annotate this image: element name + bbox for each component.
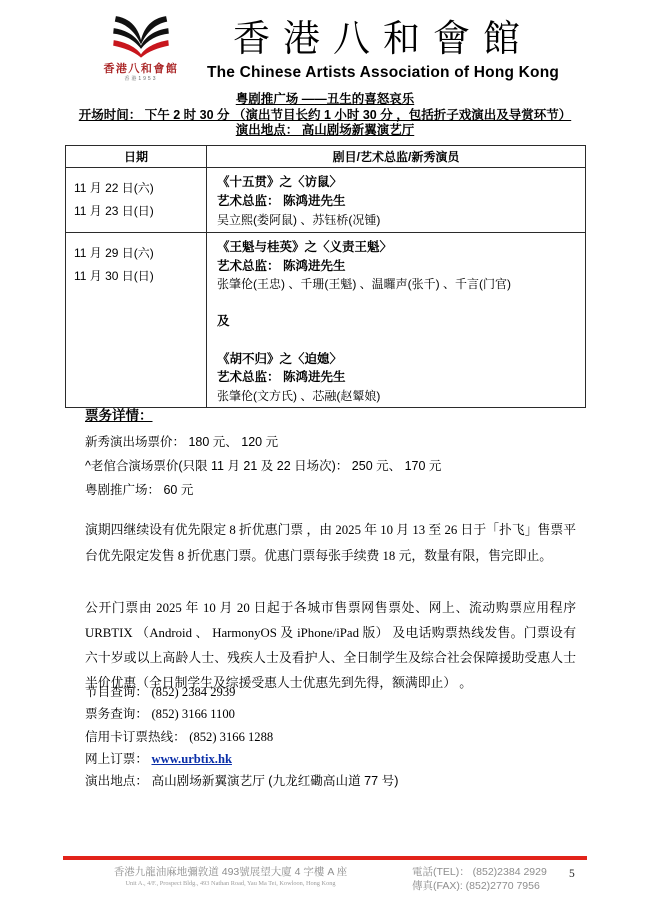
program-enquiry-number: (852) 2384 2939	[151, 685, 235, 699]
ticketing-heading: 票务详情：	[85, 407, 576, 425]
event-time: 开场时间： 下午 2 时 30 分 （演出节目长约 1 小时 30 分 ，包括折…	[0, 108, 650, 123]
program-cell: 《王魁与桂英》之〈义责王魁〉 艺术总监： 陈鸿进先生 张肇伦(王忠) 、千珊(王…	[207, 233, 586, 408]
performers: 吴立熙(娄阿鼠) 、苏钰桥(况锺)	[217, 211, 577, 230]
art-director: 艺术总监： 陈鸿进先生	[217, 257, 577, 276]
footer-address: 香港九龍油麻地彌敦道 493號展望大廈 4 字樓 A 座 Unit A., 4/…	[63, 865, 398, 889]
title-block: 香港八和會館 The Chinese Artists Association o…	[207, 14, 559, 82]
discount-paragraph: 演期四继续设有优先限定 8 折优惠门票 ，由 2025 年 10 月 13 至 …	[85, 518, 576, 569]
footer-phones: 電話(TEL)： (852)2384 2929 傳真(FAX): (852)27…	[412, 865, 547, 893]
program-enquiry-label: 节目查询：	[85, 685, 148, 699]
price-line: 新秀演出场票价： 180 元、 120 元	[85, 430, 576, 454]
date-line: 11 月 23 日(日)	[74, 200, 198, 223]
association-logo-icon	[108, 14, 174, 62]
footer-address-chinese: 香港九龍油麻地彌敦道 493號展望大廈 4 字樓 A 座	[63, 865, 398, 879]
footer-fax: 傳真(FAX): (852)2770 7956	[412, 879, 547, 893]
footer-tel: 電話(TEL)： (852)2384 2929	[412, 865, 547, 879]
credit-card-number: (852) 3166 1288	[189, 730, 273, 744]
and-label: 及	[217, 312, 577, 331]
column-header-program: 剧目/艺术总监/新秀演员	[207, 146, 586, 168]
credit-card-label: 信用卡订票热线：	[85, 730, 186, 744]
date-line: 11 月 22 日(六)	[74, 177, 198, 200]
online-booking-label: 网上订票：	[85, 752, 148, 766]
price-line: 粤剧推广场： 60 元	[85, 478, 576, 502]
logo-label: 香港八和會館	[91, 63, 191, 76]
credit-card-line: 信用卡订票热线： (852) 3166 1288	[85, 726, 398, 748]
program-cell: 《十五贯》之〈访鼠〉 艺术总监： 陈鸿进先生 吴立熙(娄阿鼠) 、苏钰桥(况锺)	[207, 168, 586, 233]
performers: 张肇伦(王忠) 、千珊(王魁) 、温曪声(张千) 、千言(门官)	[217, 275, 577, 294]
logo-tagline: 香港1953	[91, 76, 191, 82]
document-page: 香港八和會館 香港1953 香港八和會館 The Chinese Artists…	[0, 0, 650, 919]
event-venue: 演出地点： 高山剧场新翼演艺厅	[0, 123, 650, 138]
venue-label: 演出地点：	[85, 774, 148, 788]
table-row: 11 月 22 日(六) 11 月 23 日(日) 《十五贯》之〈访鼠〉 艺术总…	[66, 168, 586, 233]
venue-value: 高山剧场新翼演艺厅 (九龙红磡高山道 77 号)	[151, 774, 398, 788]
price-line: ^老倌合演场票价(只限 11 月 21 及 22 日场次)： 250 元、 17…	[85, 454, 576, 478]
association-logo: 香港八和會館 香港1953	[91, 14, 191, 82]
venue-line: 演出地点： 高山剧场新翼演艺厅 (九龙红磡高山道 77 号)	[85, 770, 398, 792]
ticket-enquiry-line: 票务查询： (852) 3166 1100	[85, 703, 398, 725]
table-row: 11 月 29 日(六) 11 月 30 日(日) 《王魁与桂英》之〈义责王魁〉…	[66, 233, 586, 408]
spacer-line	[217, 331, 577, 350]
header: 香港八和會館 香港1953 香港八和會館 The Chinese Artists…	[0, 14, 650, 82]
footer-address-english: Unit A., 4/F., Prospect Bldg., 493 Natha…	[63, 879, 398, 889]
date-cell: 11 月 29 日(六) 11 月 30 日(日)	[66, 233, 207, 408]
program-enquiry-line: 节目查询： (852) 2384 2939	[85, 681, 398, 703]
page-subtitle: The Chinese Artists Association of Hong …	[207, 63, 559, 82]
page-title: 香港八和會館	[207, 20, 559, 60]
event-title: 粤剧推广场 ——丑生的喜怒哀乐	[0, 92, 650, 107]
date-line: 11 月 30 日(日)	[74, 265, 198, 288]
ticket-enquiry-label: 票务查询：	[85, 707, 148, 721]
program-table: 日期 剧目/艺术总监/新秀演员 11 月 22 日(六) 11 月 23 日(日…	[65, 145, 586, 408]
page-number: 5	[569, 868, 575, 880]
art-director: 艺术总监： 陈鸿进先生	[217, 192, 577, 211]
urbtix-link[interactable]: www.urbtix.hk	[151, 752, 231, 766]
ticket-enquiry-number: (852) 3166 1100	[151, 707, 234, 721]
art-director: 艺术总监： 陈鸿进先生	[217, 368, 577, 387]
spacer-line	[217, 294, 577, 313]
online-booking-line: 网上订票： www.urbtix.hk	[85, 748, 398, 770]
ticketing-section: 票务详情： 新秀演出场票价： 180 元、 120 元 ^老倌合演场票价(只限 …	[85, 407, 576, 696]
table-header-row: 日期 剧目/艺术总监/新秀演员	[66, 146, 586, 168]
footer: 香港九龍油麻地彌敦道 493號展望大廈 4 字樓 A 座 Unit A., 4/…	[63, 856, 587, 893]
event-info: 粤剧推广场 ——丑生的喜怒哀乐 开场时间： 下午 2 时 30 分 （演出节目长…	[0, 92, 650, 139]
play-title: 《胡不归》之〈迫媳〉	[217, 350, 577, 369]
column-header-date: 日期	[66, 146, 207, 168]
performers: 张肇伦(文方氏) 、芯融(赵颦娘)	[217, 387, 577, 406]
play-title: 《十五贯》之〈访鼠〉	[217, 173, 577, 192]
date-line: 11 月 29 日(六)	[74, 242, 198, 265]
date-cell: 11 月 22 日(六) 11 月 23 日(日)	[66, 168, 207, 233]
contact-section: 节目查询： (852) 2384 2939 票务查询： (852) 3166 1…	[85, 681, 398, 792]
play-title: 《王魁与桂英》之〈义责王魁〉	[217, 238, 577, 257]
